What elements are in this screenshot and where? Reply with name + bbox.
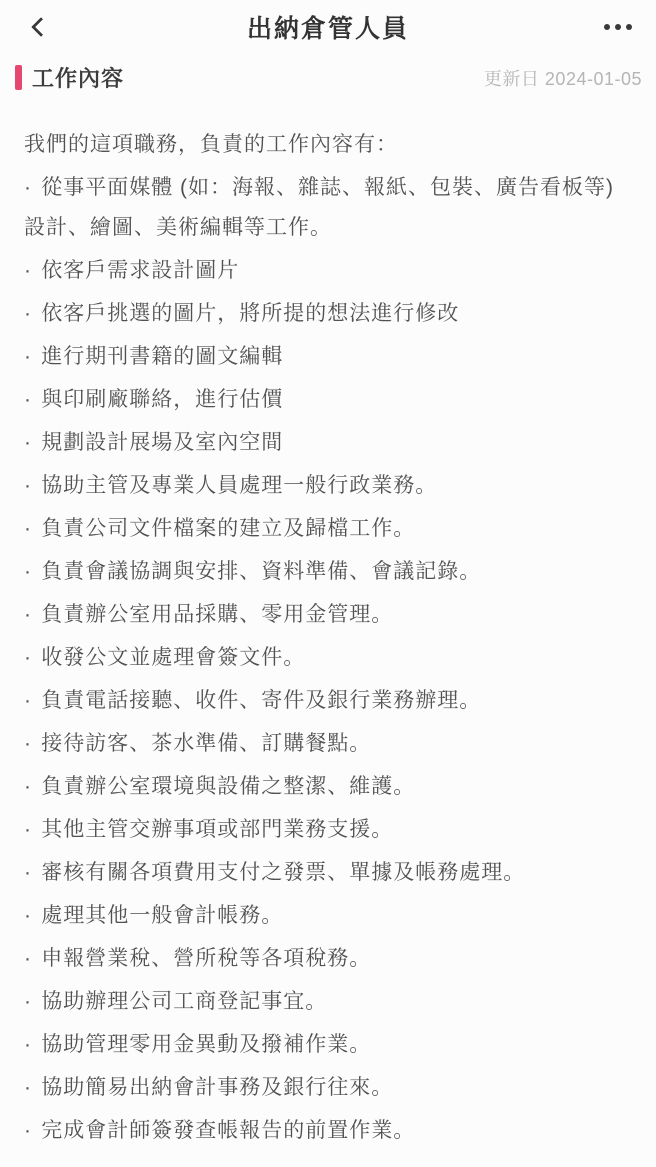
section-title: 工作內容 [32, 62, 484, 93]
back-button[interactable] [24, 10, 58, 44]
ellipsis-icon [626, 24, 632, 30]
section-accent-bar [15, 65, 22, 90]
page-title: 出納倉管人員 [84, 9, 572, 45]
duty-item: 協助主管及專業人員處理一般行政業務。 [24, 466, 634, 506]
duty-item: 協助管理零用金異動及撥補作業。 [24, 1025, 634, 1065]
intro-text: 我們的這項職務，負責的工作內容有： [24, 125, 634, 165]
navbar: 出納倉管人員 [0, 0, 656, 48]
ellipsis-icon [615, 24, 621, 30]
duty-item: 審核有關各項費用支付之發票、單據及帳務處理。 [24, 853, 634, 893]
more-options-button[interactable] [592, 10, 632, 44]
duty-item: 處理其他一般會計帳務。 [24, 896, 634, 936]
duty-item: 依客戶需求設計圖片 [24, 251, 634, 291]
duty-item: 申報營業稅、營所稅等各項稅務。 [24, 939, 634, 979]
duty-item: 規劃設計展場及室內空間 [24, 423, 634, 463]
ellipsis-icon [604, 24, 610, 30]
duty-item: 負責公司文件檔案的建立及歸檔工作。 [24, 509, 634, 549]
section-header: 工作內容 更新日 2024-01-05 [0, 48, 656, 93]
duty-item: 收發公文並處理會簽文件。 [24, 638, 634, 678]
updated-date: 更新日 2024-01-05 [484, 65, 642, 91]
duty-item: 其他主管交辦事項或部門業務支援。 [24, 810, 634, 850]
duty-item: 依客戶挑選的圖片，將所提的想法進行修改 [24, 294, 634, 334]
duty-item: 完成會計師簽發查帳報告的前置作業。 [24, 1111, 634, 1151]
duty-item: 負責會議協調與安排、資料準備、會議記錄。 [24, 552, 634, 592]
duty-item: 進行期刊書籍的圖文編輯 [24, 337, 634, 377]
chevron-left-icon [31, 17, 51, 37]
duty-item: 負責電話接聽、收件、寄件及銀行業務辦理。 [24, 681, 634, 721]
duty-item: 協助辦理公司工商登記事宜。 [24, 982, 634, 1022]
duty-item: 與印刷廠聯絡，進行估價 [24, 380, 634, 420]
duty-item: 從事平面媒體 (如：海報、雜誌、報紙、包裝、廣告看板等)設計、繪圖、美術編輯等工… [24, 168, 634, 248]
duty-item: 負責辦公室用品採購、零用金管理。 [24, 595, 634, 635]
job-duties-content: 我們的這項職務，負責的工作內容有： 從事平面媒體 (如：海報、雜誌、報紙、包裝、… [0, 93, 656, 1151]
duty-item: 接待訪客、茶水準備、訂購餐點。 [24, 724, 634, 764]
duty-item: 協助簡易出納會計事務及銀行往來。 [24, 1068, 634, 1108]
duty-item: 負責辦公室環境與設備之整潔、維護。 [24, 767, 634, 807]
